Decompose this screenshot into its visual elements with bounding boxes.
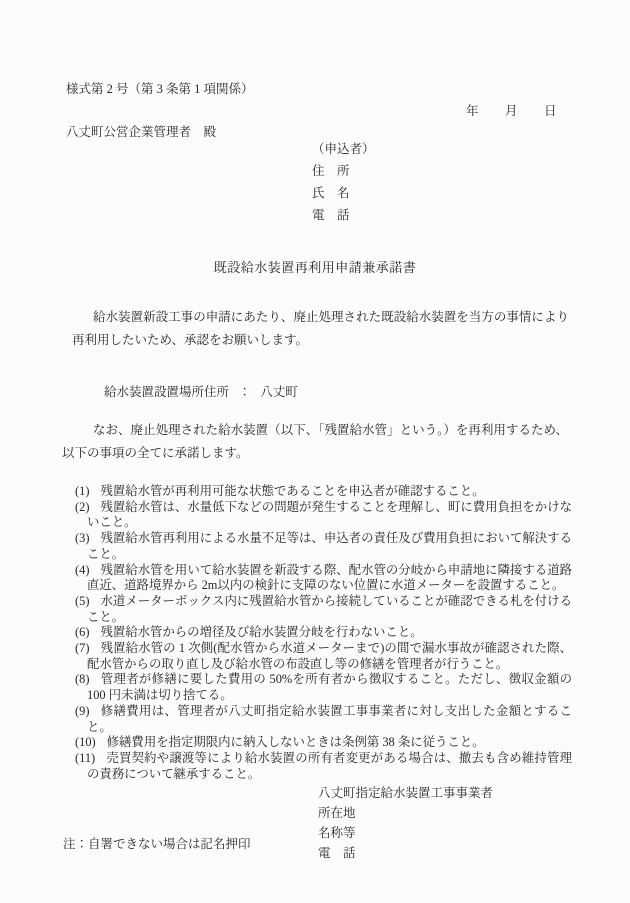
condition-text: 残置給水管の 1 次側(配水管から水道メーターまで)の間で漏水事故が確認された際… — [87, 641, 572, 671]
footnote: 注：自署できない場合は記名押印 — [63, 834, 251, 852]
condition-item-3: (3)残置給水管再利用による水量不足等は、申込者の責任及び費用負担において解決す… — [75, 531, 572, 562]
contractor-field-phone: 電 話 — [318, 843, 493, 863]
applicant-field-address: 住 所 — [312, 160, 375, 182]
condition-text: 残置給水管からの増径及び給水装置分岐を行わないこと。 — [100, 625, 422, 639]
condition-number: (6) — [75, 625, 89, 639]
condition-number: (4) — [75, 563, 89, 577]
condition-number: (2) — [75, 500, 89, 514]
contractor-heading: 八丈町指定給水装置工事事業者 — [318, 783, 493, 803]
date-line: 年 月 日 — [466, 101, 557, 119]
contractor-field-location: 所在地 — [318, 803, 493, 823]
condition-number: (10) — [75, 735, 96, 749]
applicant-block: （申込者） 住 所 氏 名 電 話 — [312, 138, 375, 226]
condition-number: (9) — [75, 704, 89, 718]
condition-item-7: (7)残置給水管の 1 次側(配水管から水道メーターまで)の間で漏水事故が確認さ… — [75, 641, 572, 672]
condition-item-10: (10)修繕費用を指定期限内に納入しないときは条例第 38 条に従うこと。 — [75, 735, 572, 751]
condition-number: (5) — [75, 594, 89, 608]
condition-item-2: (2)残置給水管は、水量低下などの問題が発生することを理解し、町に費用負担をかけ… — [75, 500, 572, 531]
addressee-line: 八丈町公営企業管理者 殿 — [66, 122, 216, 140]
condition-item-1: (1)残置給水管が再利用可能な状態であることを申込者が確認すること。 — [75, 484, 572, 500]
document-title: 既設給水装置再利用申請兼承諾書 — [0, 257, 630, 276]
installation-location-line: 給水装置設置場所住所 ： 八丈町 — [104, 382, 298, 400]
condition-text: 修繕費用を指定期限内に納入しないときは条例第 38 条に従うこと。 — [107, 735, 485, 749]
condition-item-8: (8)管理者が修繕に要した費用の 50%を所有者から徴収すること。ただし、徴収金… — [75, 672, 572, 703]
condition-number: (1) — [75, 484, 89, 498]
condition-text: 残置給水管を用いて給水装置を新設する際、配水管の分岐から申請地に隣接する道路直近… — [87, 563, 572, 593]
condition-number: (8) — [75, 672, 89, 686]
condition-number: (11) — [75, 751, 95, 765]
applicant-field-name: 氏 名 — [312, 182, 375, 204]
conditions-list: (1)残置給水管が再利用可能な状態であることを申込者が確認すること。 (2)残置… — [75, 484, 572, 782]
contractor-block: 八丈町指定給水装置工事事業者 所在地 名称等 電 話 — [318, 783, 493, 863]
condition-item-9: (9)修繕費用は、管理者が八丈町指定給水装置工事事業者に対し支出した金額とするこ… — [75, 704, 572, 735]
applicant-field-phone: 電 話 — [312, 204, 375, 226]
condition-item-11: (11)売買契約や譲渡等により給水装置の所有者変更がある場合は、撤去も含め維持管… — [75, 751, 572, 782]
condition-text: 売買契約や譲渡等により給水装置の所有者変更がある場合は、撤去も含め維持管理の責務… — [87, 751, 572, 781]
document-page: 様式第 2 号（第 3 条第 1 項関係） 年 月 日 八丈町公営企業管理者 殿… — [0, 0, 630, 903]
note-paragraph: なお、廃止処理された給水装置（以下、「残置給水管」という。）を再利用するため、以… — [62, 419, 568, 465]
condition-item-5: (5)水道メーターボックス内に残置給水管から接続していることが確認できる札を付け… — [75, 594, 572, 625]
contractor-field-name: 名称等 — [318, 823, 493, 843]
condition-item-6: (6)残置給水管からの増径及び給水装置分岐を行わないこと。 — [75, 625, 572, 641]
condition-text: 残置給水管再利用による水量不足等は、申込者の責任及び費用負担において解決すること… — [87, 531, 572, 561]
applicant-heading: （申込者） — [312, 138, 375, 160]
condition-text: 残置給水管が再利用可能な状態であることを申込者が確認すること。 — [100, 484, 484, 498]
condition-text: 水道メーターボックス内に残置給水管から接続していることが確認できる札を付けること… — [87, 594, 572, 624]
form-number: 様式第 2 号（第 3 条第 1 項関係） — [66, 79, 254, 97]
condition-text: 管理者が修繕に要した費用の 50%を所有者から徴収すること。ただし、徴収金額の … — [87, 672, 572, 702]
condition-item-4: (4)残置給水管を用いて給水装置を新設する際、配水管の分岐から申請地に隣接する道… — [75, 563, 572, 594]
condition-text: 残置給水管は、水量低下などの問題が発生することを理解し、町に費用負担をかけないこ… — [87, 500, 572, 530]
condition-number: (3) — [75, 531, 89, 545]
condition-number: (7) — [75, 641, 89, 655]
intro-paragraph: 給水装置新設工事の申請にあたり、廃止処理された既設給水装置を当方の事情により再利… — [72, 306, 569, 352]
condition-text: 修繕費用は、管理者が八丈町指定給水装置工事事業者に対し支出した金額とすること。 — [87, 704, 572, 734]
